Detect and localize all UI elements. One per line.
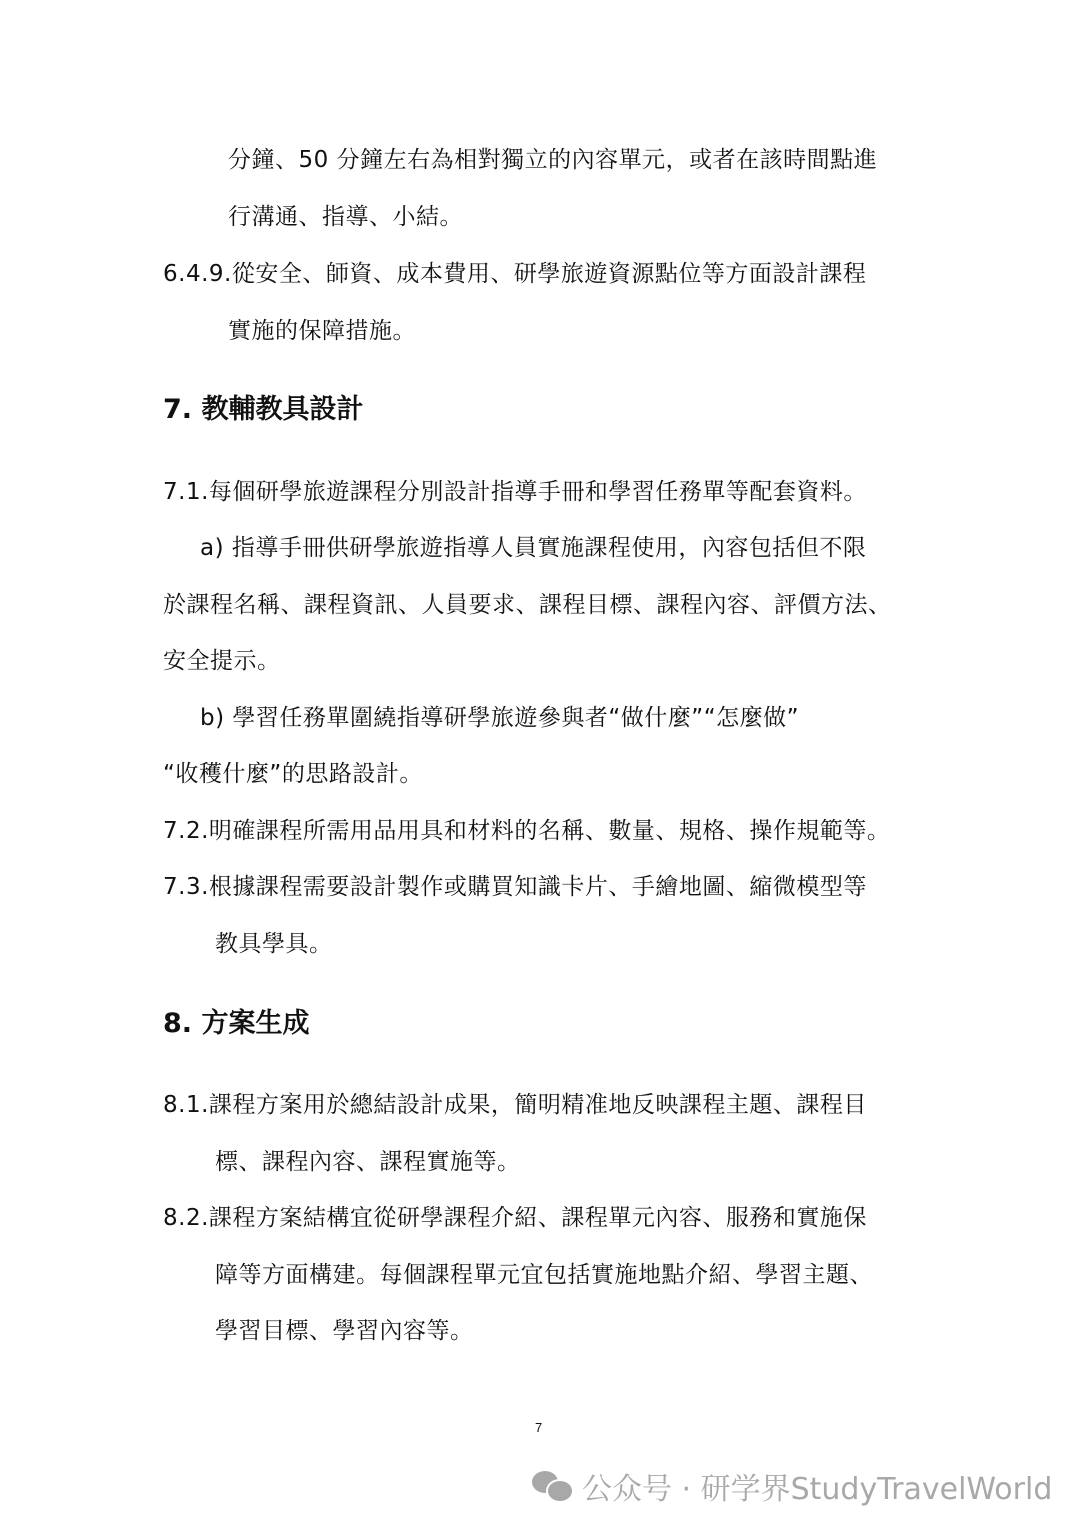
text-line: 7.2.明確課程所需用品用具和材料的名稱、數量、規格、操作規範等。 (163, 816, 890, 846)
text-line: 8.2.課程方案結構宜從研學課程介紹、課程單元內容、服務和實施保 (163, 1203, 867, 1233)
text-line: 於課程名稱、課程資訊、人員要求、課程目標、課程內容、評價方法、 (163, 590, 892, 620)
text-line: 行溝通、指導、小結。 (228, 202, 463, 232)
watermark-footer: 公众号 · 研学界StudyTravelWorld (530, 1464, 1052, 1508)
text-line: 8.1.課程方案用於總結設計成果，簡明精准地反映課程主題、課程目 (163, 1090, 867, 1120)
text-line: a) 指導手冊供研學旅遊指導人員實施課程使用，內容包括但不限 (200, 533, 866, 563)
section-heading: 7. 教輔教具設計 (163, 393, 363, 427)
section-heading: 8. 方案生成 (163, 1007, 309, 1041)
text-line: “收穫什麼”的思路設計。 (163, 759, 423, 789)
text-line: 學習目標、學習內容等。 (215, 1316, 474, 1346)
wechat-icon (530, 1469, 574, 1503)
footer-label: 公众号 · 研学界StudyTravelWorld (582, 1464, 1052, 1508)
text-line: 分鐘、50 分鐘左右為相對獨立的內容單元，或者在該時間點進 (228, 145, 877, 175)
text-line: 標、課程內容、課程實施等。 (215, 1147, 521, 1177)
text-line: 7.1.每個研學旅遊課程分別設計指導手冊和學習任務單等配套資料。 (163, 477, 867, 507)
page-number: 7 (535, 1420, 542, 1435)
text-line: 7.3.根據課程需要設計製作或購買知識卡片、手繪地圖、縮微模型等 (163, 872, 867, 902)
text-line: 安全提示。 (163, 646, 281, 676)
text-line: 實施的保障措施。 (228, 316, 416, 346)
text-line: 障等方面構建。每個課程單元宜包括實施地點介紹、學習主題、 (215, 1260, 873, 1290)
text-line: 教具學具。 (215, 929, 333, 959)
text-line: 6.4.9.從安全、師資、成本費用、研學旅遊資源點位等方面設計課程 (163, 259, 866, 289)
text-line: b) 學習任務單圍繞指導研學旅遊參與者“做什麼”“怎麼做” (200, 703, 799, 733)
